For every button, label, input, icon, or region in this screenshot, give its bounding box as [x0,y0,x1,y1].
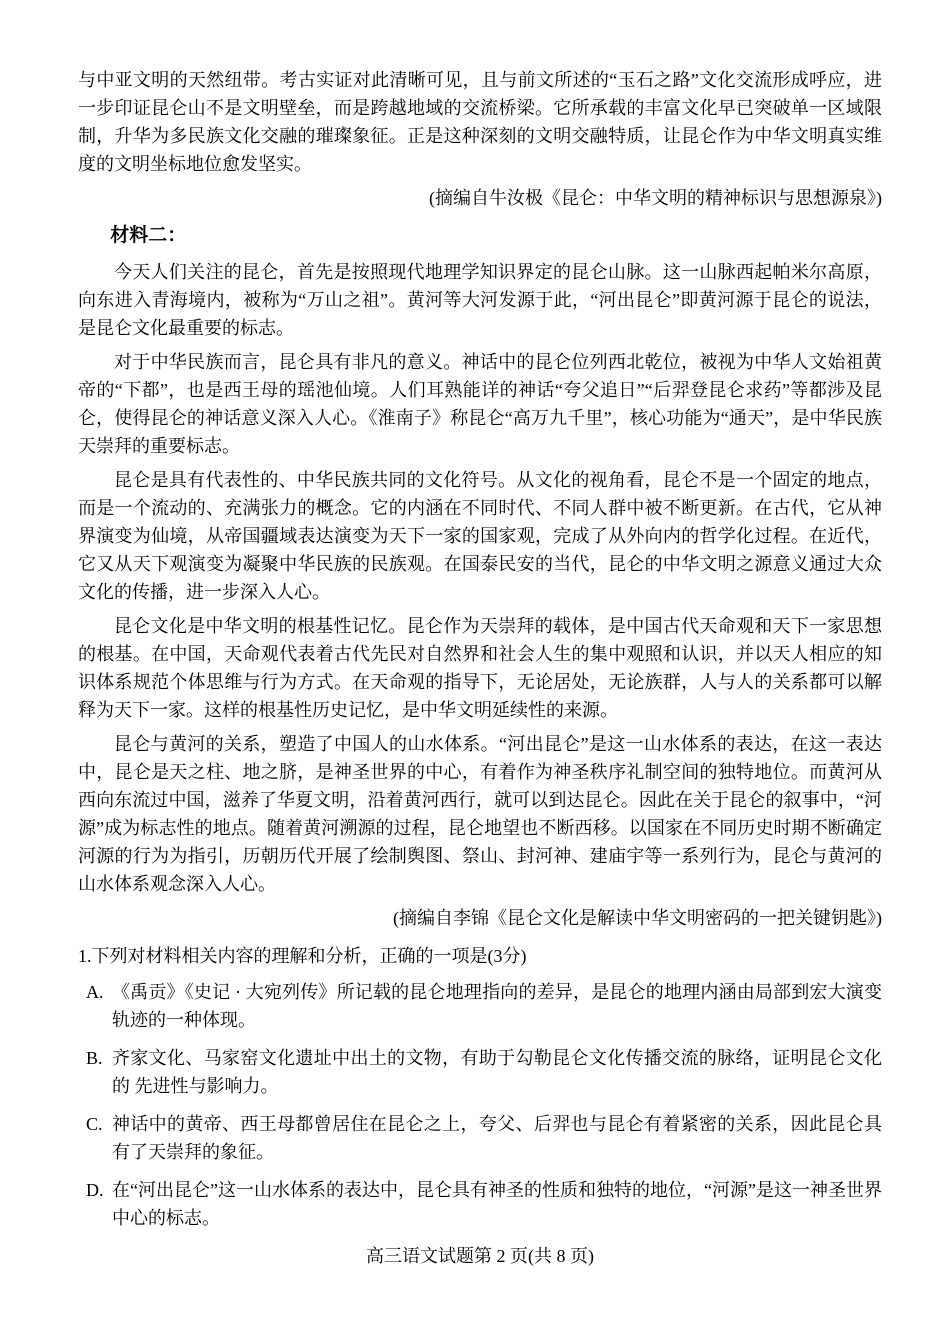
question-1-stem: 1.下列对材料相关内容的理解和分析，正确的一项是(3分) [78,942,882,970]
option-d-text: 在“河出昆仑”这一山水体系的表达中，昆仑具有神圣的性质和独特的地位，“河源”是这… [112,1176,882,1232]
option-c-text: 神话中的黄帝、西王母都曾居住在昆仑之上，夸父、后羿也与昆仑有着紧密的关系，因此昆… [112,1110,882,1166]
option-d-label: D. [86,1176,112,1232]
question-1-option-a: A. 《禹贡》《史记 · 大宛列传》所记载的昆仑地理指向的差异，是昆仑的地理内涵… [86,978,882,1034]
question-1: 1.下列对材料相关内容的理解和分析，正确的一项是(3分) A. 《禹贡》《史记 … [78,942,882,1232]
material2-paragraph-1: 今天人们关注的昆仑，首先是按照现代地理学知识界定的昆仑山脉。这一山脉西起帕米尔高… [78,258,882,342]
material2-heading: 材料二： [78,222,882,250]
material1-continuation-paragraph: 与中亚文明的天然纽带。考古实证对此清晰可见，且与前文所述的“玉石之路”文化交流形… [78,66,882,178]
option-b-text: 齐家文化、马家窑文化遗址中出土的文物，有助于勾勒昆仑文化传播交流的脉络，证明昆仑… [112,1044,882,1100]
question-1-option-d: D. 在“河出昆仑”这一山水体系的表达中，昆仑具有神圣的性质和独特的地位，“河源… [86,1176,882,1232]
exam-page: 与中亚文明的天然纽带。考古实证对此清晰可见，且与前文所述的“玉石之路”文化交流形… [0,0,950,1344]
material1-attribution: (摘编自牛汝极《昆仑：中华文明的精神标识与思想源泉》) [78,184,882,212]
option-b-label: B. [86,1044,112,1100]
material2-paragraph-5: 昆仑与黄河的关系，塑造了中国人的山水体系。“河出昆仑”是这一山水体系的表达，在这… [78,730,882,898]
option-a-text: 《禹贡》《史记 · 大宛列传》所记载的昆仑地理指向的差异，是昆仑的地理内涵由局部… [112,978,882,1034]
material2-attribution: (摘编自李锦《昆仑文化是解读中华文明密码的一把关键钥匙》) [78,904,882,932]
material2-paragraph-3: 昆仑是具有代表性的、中华民族共同的文化符号。从文化的视角看，昆仑不是一个固定的地… [78,466,882,606]
page-number-footer: 高三语文试题第 2 页(共 8 页) [78,1242,882,1270]
question-1-option-c: C. 神话中的黄帝、西王母都曾居住在昆仑之上，夸父、后羿也与昆仑有着紧密的关系，… [86,1110,882,1166]
material2-paragraph-4: 昆仑文化是中华文明的根基性记忆。昆仑作为天崇拜的载体，是中国古代天命观和天下一家… [78,612,882,724]
material2-paragraph-2: 对于中华民族而言，昆仑具有非凡的意义。神话中的昆仑位列西北乾位，被视为中华人文始… [78,348,882,460]
question-1-option-b: B. 齐家文化、马家窑文化遗址中出土的文物，有助于勾勒昆仑文化传播交流的脉络，证… [86,1044,882,1100]
option-a-label: A. [86,978,112,1034]
option-c-label: C. [86,1110,112,1166]
